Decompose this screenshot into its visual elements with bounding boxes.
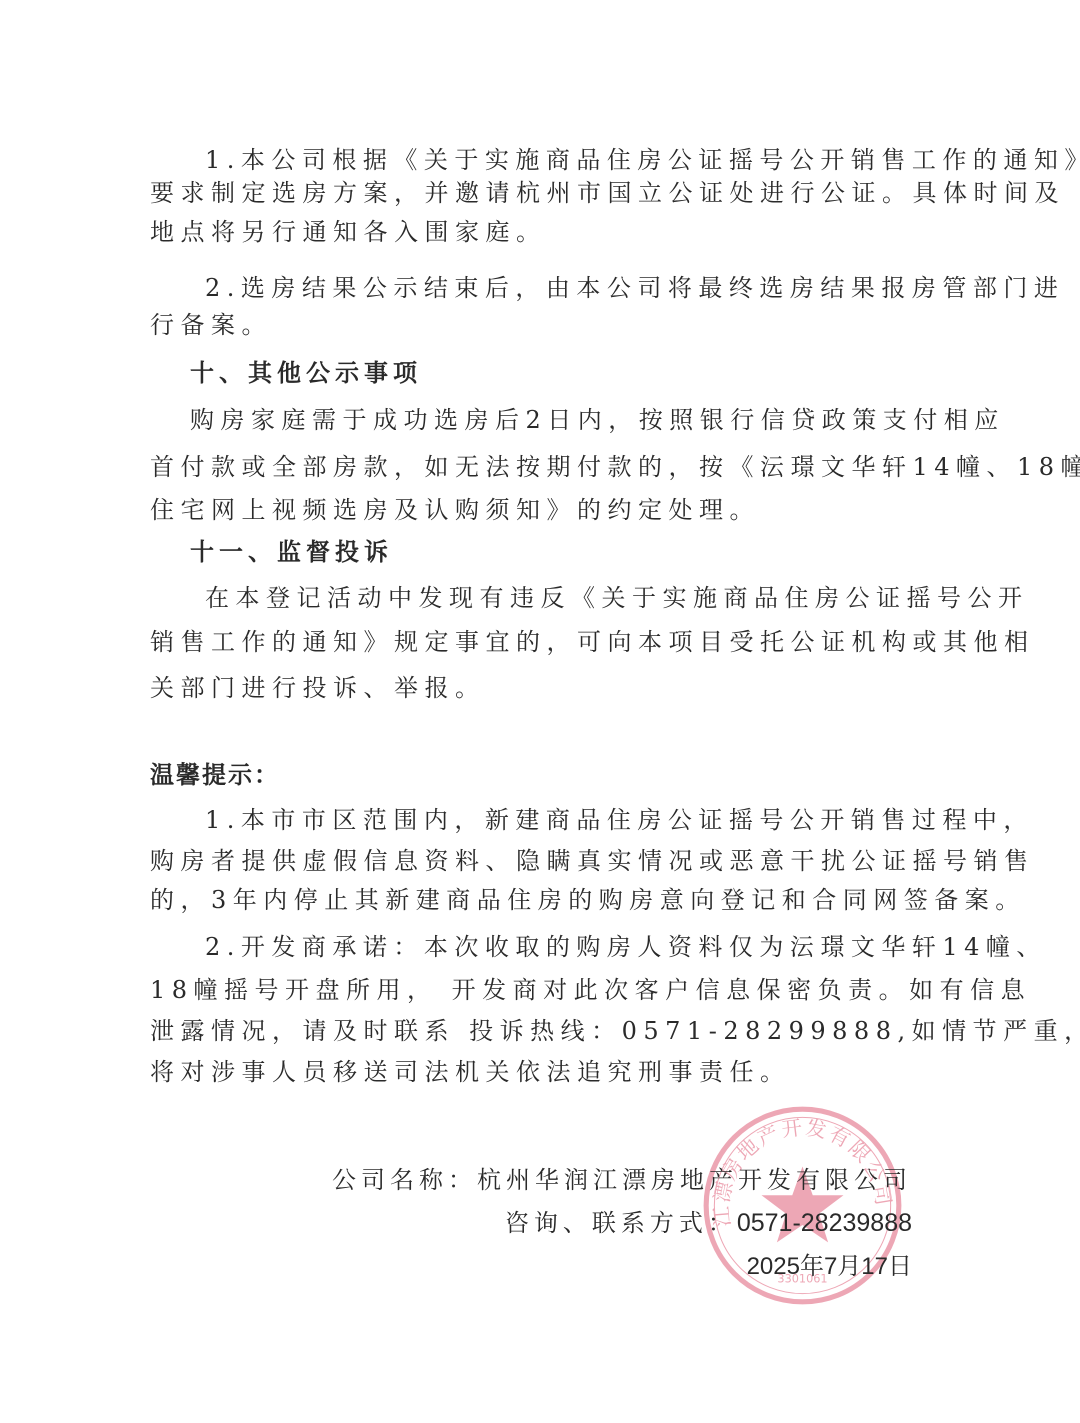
contact-row: 咨询、联系方式：0571-28239888	[505, 1208, 912, 1238]
section-eleven-heading: 十一、监督投诉	[190, 537, 965, 567]
tips-item-1-line-3: 的，3年内停止其新建商品住房的购房意向登记和合同网签备案。	[150, 885, 925, 915]
tips-item-1-line-2: 购房者提供虚假信息资料、隐瞒真实情况或恶意干扰公证摇号销售	[150, 846, 925, 876]
section-ten-line-3: 住宅网上视频选房及认购须知》的约定处理。	[150, 495, 925, 525]
document-page: 1.本公司根据《关于实施商品住房公证摇号公开销售工作的通知》 要求制定选房方案，…	[0, 0, 1080, 1423]
tips-item-2-line-2: 18幢摇号开盘所用， 开发商对此次客户信息保密负责。如有信息	[150, 975, 925, 1005]
section-ten-line-2: 首付款或全部房款，如无法按期付款的，按《沄璟文华轩14幢、18幢	[150, 452, 925, 482]
tips-item-2-line-1: 2.开发商承诺：本次收取的购房人资料仅为沄璟文华轩14幢、	[205, 932, 980, 962]
section-nine-item-1-line-2: 要求制定选房方案，并邀请杭州市国立公证处进行公证。具体时间及	[150, 178, 925, 208]
company-name-row: 公司名称：杭州华润江漂房地产开发有限公司	[332, 1165, 912, 1195]
tips-item-2-line-3: 泄露情况，请及时联系 投诉热线：0571-28299888,如情节严重，	[150, 1016, 925, 1046]
contact-phone: 0571-28239888	[737, 1209, 912, 1237]
tips-item-1-line-1: 1.本市市区范围内，新建商品住房公证摇号公开销售过程中，	[205, 805, 980, 835]
signature-date: 2025年7月17日	[747, 1252, 912, 1282]
tips-title: 温馨提示：	[150, 760, 925, 790]
section-eleven-line-1: 在本登记活动中发现有违反《关于实施商品住房公证摇号公开	[205, 583, 980, 613]
section-nine-item-2-line-2: 行备案。	[150, 310, 925, 340]
tips-item-2-line-4: 将对涉事人员移送司法机关依法追究刑事责任。	[150, 1057, 925, 1087]
section-nine-item-1-line-3: 地点将另行通知各入围家庭。	[150, 217, 925, 247]
company-name-value: 杭州华润江漂房地产开发有限公司	[477, 1166, 912, 1194]
section-nine-item-2-line-1: 2.选房结果公示结束后，由本公司将最终选房结果报房管部门进	[205, 273, 980, 303]
section-ten-heading: 十、其他公示事项	[190, 358, 965, 388]
contact-label: 咨询、联系方式：	[505, 1209, 737, 1237]
company-name-label: 公司名称：	[332, 1166, 477, 1194]
section-nine-item-1-line-1: 1.本公司根据《关于实施商品住房公证摇号公开销售工作的通知》	[205, 145, 980, 175]
section-ten-line-1: 购房家庭需于成功选房后2日内，按照银行信贷政策支付相应	[190, 405, 965, 435]
section-eleven-line-2: 销售工作的通知》规定事宜的，可向本项目受托公证机构或其他相	[150, 627, 925, 657]
section-eleven-line-3: 关部门进行投诉、举报。	[150, 673, 925, 703]
